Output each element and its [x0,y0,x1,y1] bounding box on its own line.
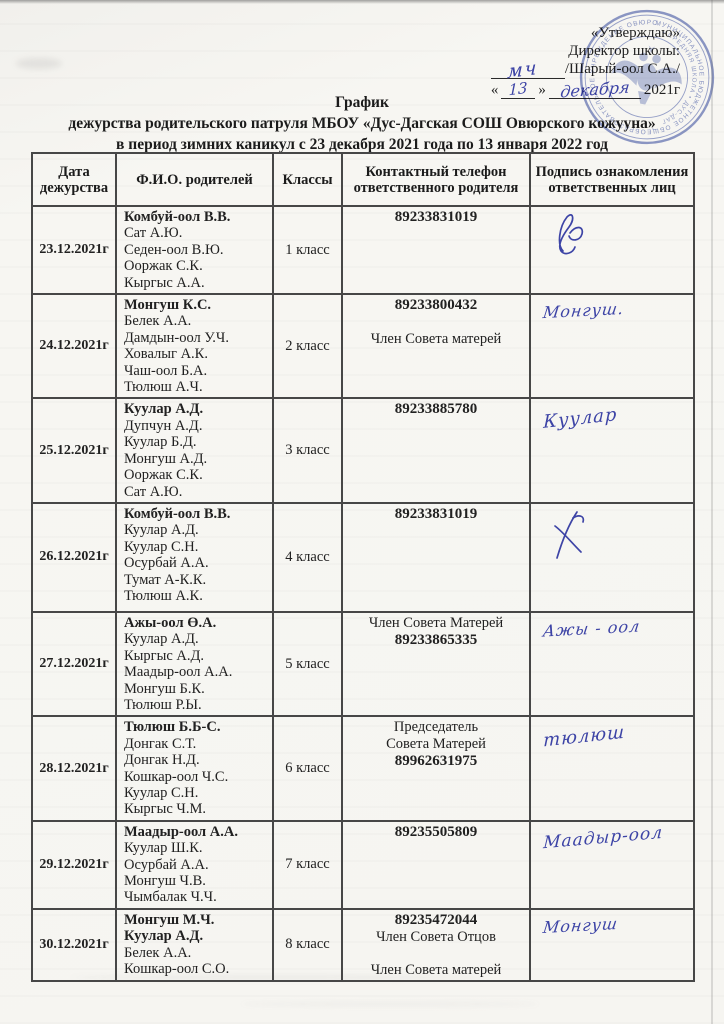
parent-names-cell: Монгуш М.Ч.Куулар А.Д.Белек А.А.Кошкар-о… [116,909,273,981]
scan-smudge [16,58,62,69]
parent-name: Кыргыс А.Д. [124,648,265,664]
header-contact-phone: Контактный телефон ответственного родите… [342,153,530,206]
parent-name: Комбуй-оол В.В. [124,506,265,522]
parent-name: Куулар Ш.К. [124,840,265,856]
table-row: 25.12.2021гКуулар А.Д.Дупчун А.Д.Куулар … [32,398,694,502]
parent-name: Сат А.Ю. [124,225,265,241]
phone-cell: ПредседательСовета Матерей89962631975 [342,716,530,820]
phone-line: 89233831019 [347,506,525,523]
signature-cell: Ажы - оол [530,612,694,716]
handwritten-signature: Монгуш [542,914,619,937]
handwritten-signature-scribble [543,211,595,263]
parent-name: Белек А.А. [124,313,265,329]
scan-edge-artifact [711,0,713,1024]
parent-name: Тумат А-К.К. [124,572,265,588]
parent-name: Осурбай А.А. [124,555,265,571]
duty-date-cell: 30.12.2021г [32,909,116,981]
director-handwritten-signature: мч [507,60,539,79]
phone-cell: 89233885780 [342,398,530,502]
phone-line: 89233865335 [347,632,525,649]
handwritten-signature: Монгуш. [542,299,625,322]
phone-line: Член Совета Матерей [347,615,525,632]
schedule-table-body: 23.12.2021гКомбуй-оол В.В.Сат А.Ю.Седен-… [32,206,694,981]
signature-cell: Монгуш [530,909,694,981]
parent-name: Дупчун А.Д. [124,418,265,434]
signature-cell: Монгуш. [530,294,694,398]
duty-date-cell: 24.12.2021г [32,294,116,398]
phone-cell: 89233800432 Член Совета матерей [342,294,530,398]
class-cell: 4 класс [273,503,342,612]
duty-date-cell: 29.12.2021г [32,821,116,909]
phone-line: Совета Матерей [347,736,525,753]
table-row: 26.12.2021гКомбуй-оол В.В.Куулар А.Д.Куу… [32,503,694,612]
phone-cell: 89233831019 [342,206,530,294]
signature-cell [530,503,694,612]
phone-line: 89962631975 [347,753,525,770]
phone-line: Член Совета матерей [347,962,525,979]
signature-cell: Маадыр-оол [530,821,694,909]
duty-date-cell: 26.12.2021г [32,503,116,612]
parent-name: Монгуш А.Д. [124,451,265,467]
phone-line: Председатель [347,719,525,736]
phone-line: 89233800432 [347,297,525,314]
parent-name: Тюлюш А.Ч. [124,379,265,395]
handwritten-signature: Куулар [543,404,617,433]
parent-name: Кошкар-оол С.О. [124,961,265,977]
parent-name: Седен-оол В.Ю. [124,242,265,258]
duty-schedule-table: Дата дежурства Ф.И.О. родителей Классы К… [31,152,695,982]
phone-cell: Член Совета Матерей89233865335 [342,612,530,716]
header-signature: Подпись ознакомления ответственных лиц [530,153,694,206]
phone-line: Член Совета Отцов [347,929,525,946]
handwritten-signature: тюлюш [543,722,625,752]
parent-name: Куулар С.Н. [124,539,265,555]
parent-name: Донгак С.Т. [124,736,265,752]
phone-line [347,945,525,962]
class-cell: 2 класс [273,294,342,398]
header-classes: Классы [273,153,342,206]
class-cell: 1 класс [273,206,342,294]
table-row: 30.12.2021гМонгуш М.Ч.Куулар А.Д.Белек А… [32,909,694,981]
parent-name: Кошкар-оол Ч.С. [124,769,265,785]
phone-line: 89233831019 [347,209,525,226]
parent-name: Куулар А.Д. [124,401,265,417]
table-header: Дата дежурства Ф.И.О. родителей Классы К… [32,153,694,206]
duty-date-cell: 28.12.2021г [32,716,116,820]
parent-name: Монгуш Б.К. [124,681,265,697]
signature-cell: Куулар [530,398,694,502]
phone-line: 89235505809 [347,824,525,841]
phone-cell: 89235472044Член Совета Отцов Член Совета… [342,909,530,981]
parent-name: Чаш-оол Б.А. [124,363,265,379]
class-cell: 7 класс [273,821,342,909]
parent-name: Дамдын-оол У.Ч. [124,330,265,346]
duty-date-cell: 25.12.2021г [32,398,116,502]
class-cell: 3 класс [273,398,342,502]
parent-name: Белек А.А. [124,945,265,961]
signature-cell [530,206,694,294]
table-row: 27.12.2021гАжы-оол Ө.А.Куулар А.Д.Кыргыс… [32,612,694,716]
parent-name: Монгуш Ч.В. [124,873,265,889]
parent-name: Тюлюш А.К. [124,588,265,604]
phone-line: Член Совета матерей [347,331,525,348]
double-eagle-emblem [608,40,687,109]
parent-name: Куулар А.Д. [124,522,265,538]
phone-cell: 89235505809 [342,821,530,909]
signature-blank-line: мч [491,62,565,79]
class-cell: 6 класс [273,716,342,820]
scan-smudge [240,1002,540,1006]
parent-name: Маадыр-оол А.А. [124,664,265,680]
parent-name: Куулар А.Д. [124,928,265,944]
parent-name: Куулар А.Д. [124,631,265,647]
parent-name: Куулар Б.Д. [124,434,265,450]
parent-names-cell: Тюлюш Б.Б-С.Донгак С.Т.Донгак Н.Д.Кошкар… [116,716,273,820]
table-row: 23.12.2021гКомбуй-оол В.В.Сат А.Ю.Седен-… [32,206,694,294]
parent-name: Маадыр-оол А.А. [124,824,265,840]
table-row: 28.12.2021гТюлюш Б.Б-С.Донгак С.Т.Донгак… [32,716,694,820]
phone-line: 89235472044 [347,912,525,929]
parent-names-cell: Комбуй-оол В.В.Куулар А.Д.Куулар С.Н.Осу… [116,503,273,612]
parent-names-cell: Маадыр-оол А.А.Куулар Ш.К.Осурбай А.А.Мо… [116,821,273,909]
signature-cell: тюлюш [530,716,694,820]
parent-name: Ооржак С.К. [124,258,265,274]
class-cell: 8 класс [273,909,342,981]
parent-name: Сат А.Ю. [124,484,265,500]
header-parent-names: Ф.И.О. родителей [116,153,273,206]
parent-name: Комбуй-оол В.В. [124,209,265,225]
handwritten-signature: Маадыр-оол [543,822,664,853]
phone-line [347,314,525,331]
parent-name: Кыргыс А.А. [124,275,265,291]
handwritten-signature-scribble [543,508,597,564]
header-duty-date: Дата дежурства [32,153,116,206]
scanned-document-page: МУНИЦИПАЛЬНОЕ БЮДЖЕТНОЕ ОБЩЕОБРАЗОВАТЕЛЬ… [0,0,724,1024]
phone-line: 89233885780 [347,401,525,418]
parent-name: Монгуш М.Ч. [124,912,265,928]
table-row: 29.12.2021гМаадыр-оол А.А.Куулар Ш.К.Осу… [32,821,694,909]
parent-names-cell: Куулар А.Д.Дупчун А.Д.Куулар Б.Д.Монгуш … [116,398,273,502]
parent-name: Донгак Н.Д. [124,752,265,768]
parent-name: Монгуш К.С. [124,297,265,313]
parent-name: Куулар С.Н. [124,785,265,801]
handwritten-signature: Ажы - оол [542,616,642,640]
parent-name: Тюлюш Б.Б-С. [124,719,265,735]
parent-name: Осурбай А.А. [124,857,265,873]
parent-names-cell: Комбуй-оол В.В.Сат А.Ю.Седен-оол В.Ю.Оор… [116,206,273,294]
duty-date-cell: 27.12.2021г [32,612,116,716]
parent-name: Кыргыс Ч.М. [124,801,265,817]
school-round-stamp: МУНИЦИПАЛЬНОЕ БЮДЖЕТНОЕ ОБЩЕОБРАЗОВАТЕЛЬ… [566,0,724,158]
parent-name: Ооржак С.К. [124,467,265,483]
parent-names-cell: Монгуш К.С.Белек А.А.Дамдын-оол У.Ч.Хова… [116,294,273,398]
parent-name: Тюлюш Р.Ы. [124,697,265,713]
parent-name: Ажы-оол Ө.А. [124,615,265,631]
parent-names-cell: Ажы-оол Ө.А.Куулар А.Д.Кыргыс А.Д.Маадыр… [116,612,273,716]
parent-name: Чымбалак Ч.Ч. [124,889,265,905]
parent-name: Ховалыг А.К. [124,346,265,362]
table-row: 24.12.2021гМонгуш К.С.Белек А.А.Дамдын-о… [32,294,694,398]
duty-date-cell: 23.12.2021г [32,206,116,294]
class-cell: 5 класс [273,612,342,716]
phone-cell: 89233831019 [342,503,530,612]
